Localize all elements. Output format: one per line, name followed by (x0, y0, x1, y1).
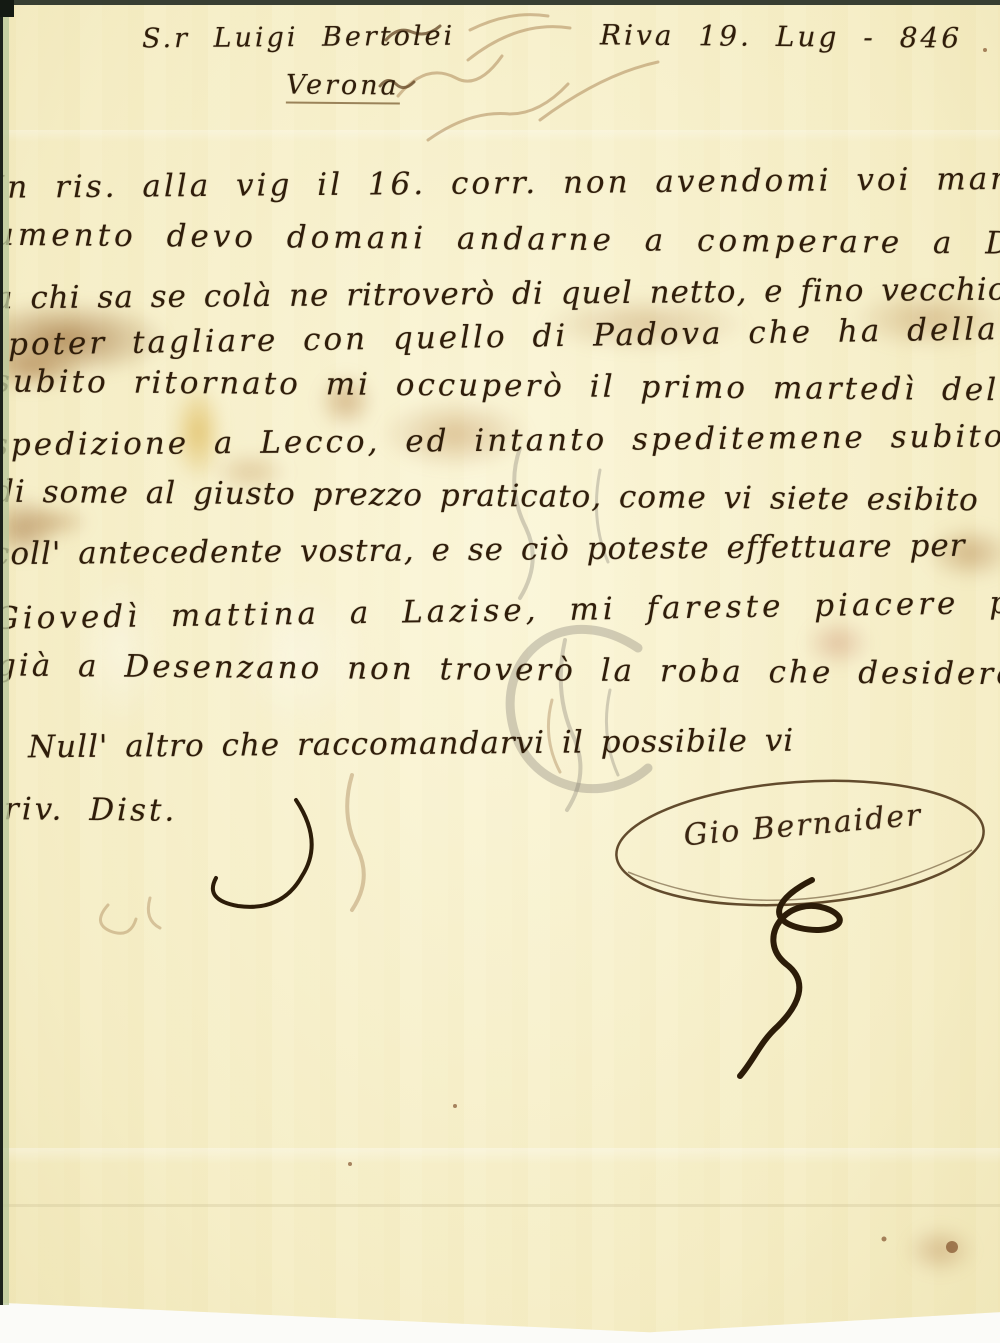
paper-crease (0, 1148, 1000, 1164)
scan-edge-top (0, 0, 1000, 5)
scan-edge-corner (0, 0, 14, 17)
scanned-letter-page: S.r Luigi Bertolei Verona Riva 19. Lug -… (0, 0, 1000, 1343)
dateline: Riva 19. Lug - 846 (600, 18, 962, 54)
valediction: riv. Dist. (4, 791, 178, 829)
scan-edge-left-green (3, 0, 9, 1305)
stain (905, 1225, 975, 1275)
closing-line: Null' altro che raccomandarvi il possibi… (28, 723, 794, 766)
recipient-line: S.r Luigi Bertolei (142, 21, 455, 55)
recipient-city: Verona (286, 70, 400, 105)
paper-crease (0, 130, 1000, 142)
paper-crease (0, 1204, 1000, 1207)
